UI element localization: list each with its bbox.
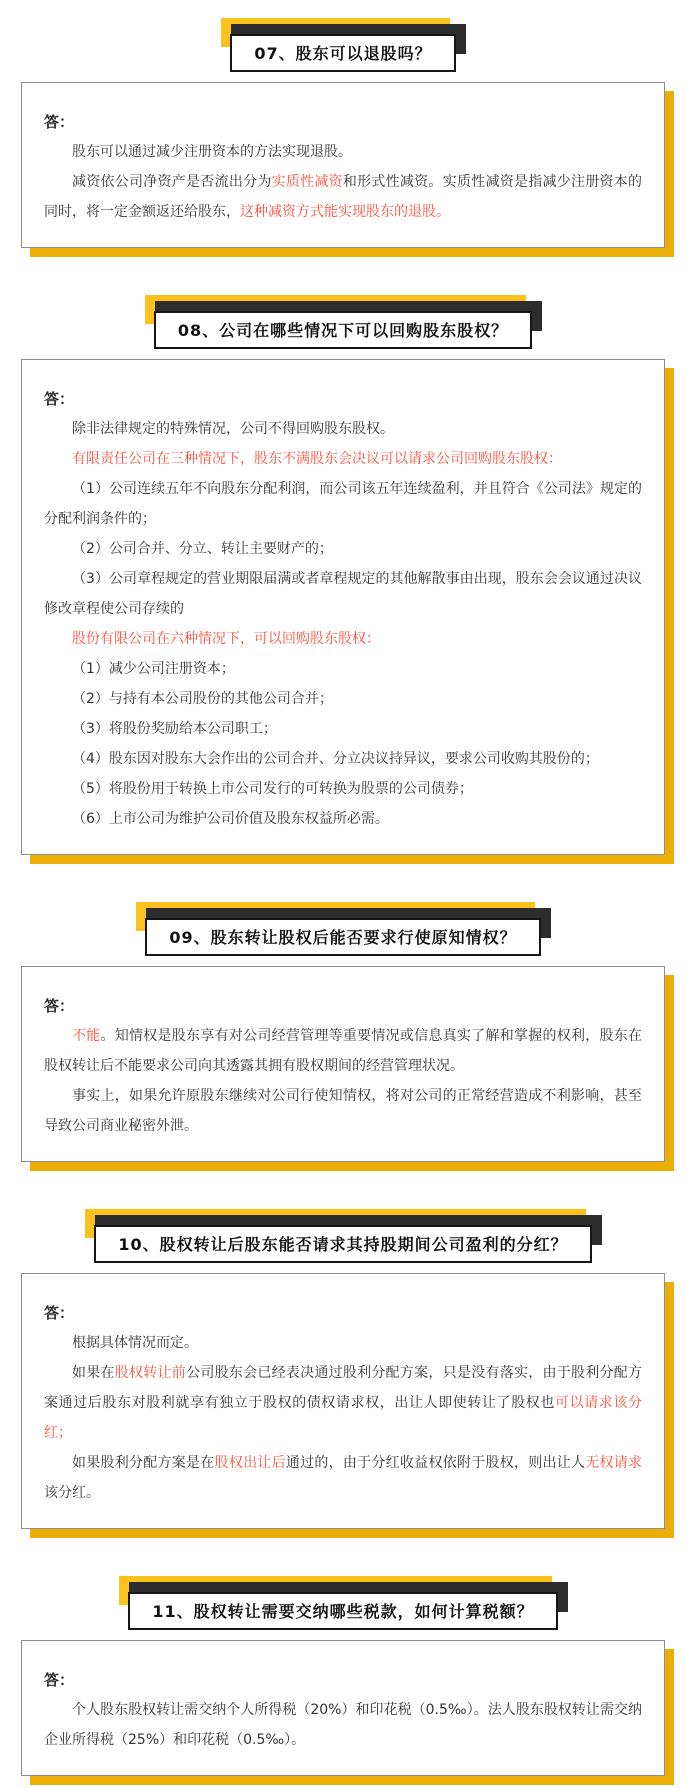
highlighted-red-text: 不能 — [72, 1028, 101, 1044]
highlighted-red-text: 实质性减资 — [272, 174, 343, 190]
text-segment: （3）公司章程规定的营业期限届满或者章程规定的其他解散事由出现，股东会会议通过决… — [44, 571, 642, 617]
answer-body: 不能。知情权是股东享有对公司经营管理等重要情况或信息真实了解和掌握的权利，股东在… — [44, 1021, 642, 1141]
question-title-banner: 10、股权转让后股东能否请求其持股期间公司盈利的分红？ — [94, 1209, 591, 1263]
text-segment: （1）公司连续五年不向股东分配利润，而公司该五年连续盈利，并且符合《公司法》规定… — [44, 481, 642, 527]
answer-card: 答： 根据具体情况而定。如果在股权转让前公司股东会已经表决通过股利分配方案，只是… — [21, 1273, 665, 1529]
question-title: 07、股东可以退股吗？ — [230, 34, 455, 72]
answer-paragraph: （3）公司章程规定的营业期限届满或者章程规定的其他解散事由出现，股东会会议通过决… — [44, 564, 642, 624]
question-title-banner: 07、股东可以退股吗？ — [230, 18, 455, 72]
text-segment: （1）减少公司注册资本； — [72, 661, 235, 677]
answer-body: 除非法律规定的特殊情况，公司不得回购股东股权。有限责任公司在三种情况下，股东不满… — [44, 414, 642, 834]
text-segment: 除非法律规定的特殊情况，公司不得回购股东股权。 — [72, 421, 394, 437]
question-title: 11、股权转让需要交纳哪些税款，如何计算税额？ — [128, 1592, 557, 1630]
text-segment: 如果股利分配方案是在 — [72, 1455, 215, 1471]
answer-body: 个人股东股权转让需交纳个人所得税（20%）和印花税（0.5‰）。法人股东股权转让… — [44, 1695, 642, 1755]
answer-paragraph: （1）减少公司注册资本； — [44, 654, 642, 684]
qa-section: 07、股东可以退股吗？ 答： 股东可以通过减少注册资本的方法实现退股。减资依公司… — [0, 18, 686, 248]
answer-body: 根据具体情况而定。如果在股权转让前公司股东会已经表决通过股利分配方案，只是没有落… — [44, 1328, 642, 1508]
text-segment: （4）股东因对股东大会作出的公司合并、分立决议持异议，要求公司收购其股份的； — [72, 751, 599, 767]
question-title-banner: 09、股东转让股权后能否要求行使原知情权？ — [145, 902, 540, 956]
question-title-wrap: 10、股权转让后股东能否请求其持股期间公司盈利的分红？ — [0, 1209, 686, 1263]
answer-paragraph: 个人股东股权转让需交纳个人所得税（20%）和印花税（0.5‰）。法人股东股权转让… — [44, 1695, 642, 1755]
text-segment: 通过的，由于分红收益权依附于股权，则出让人 — [286, 1455, 585, 1471]
answer-paragraph: 除非法律规定的特殊情况，公司不得回购股东股权。 — [44, 414, 642, 444]
answer-card: 答： 个人股东股权转让需交纳个人所得税（20%）和印花税（0.5‰）。法人股东股… — [21, 1640, 665, 1776]
text-segment: 根据具体情况而定。 — [72, 1335, 198, 1351]
answer-paragraph: 不能。知情权是股东享有对公司经营管理等重要情况或信息真实了解和掌握的权利，股东在… — [44, 1021, 642, 1081]
question-title: 08、公司在哪些情况下可以回购股东股权？ — [154, 311, 532, 349]
text-segment: 事实上，如果允许原股东继续对公司行使知情权，将对公司的正常经营造成不利影响，甚至… — [44, 1088, 642, 1134]
answer-paragraph: 如果在股权转让前公司股东会已经表决通过股利分配方案，只是没有落实，由于股利分配方… — [44, 1358, 642, 1448]
question-title-banner: 11、股权转让需要交纳哪些税款，如何计算税额？ — [128, 1576, 557, 1630]
answer-label: 答： — [44, 1298, 642, 1328]
answer-label: 答： — [44, 384, 642, 414]
text-segment: （2）公司合并、分立、转让主要财产的； — [72, 541, 333, 557]
question-title-banner: 08、公司在哪些情况下可以回购股东股权？ — [154, 295, 532, 349]
answer-paragraph: （4）股东因对股东大会作出的公司合并、分立决议持异议，要求公司收购其股份的； — [44, 744, 642, 774]
highlighted-red-text: 股权出让后 — [215, 1455, 286, 1471]
answer-body: 股东可以通过减少注册资本的方法实现退股。减资依公司净资产是否流出分为实质性减资和… — [44, 137, 642, 227]
qa-section: 08、公司在哪些情况下可以回购股东股权？ 答： 除非法律规定的特殊情况，公司不得… — [0, 295, 686, 855]
answer-label: 答： — [44, 1665, 642, 1695]
text-segment: （2）与持有本公司股份的其他公司合并； — [72, 691, 333, 707]
highlighted-red-text: 股份有限公司在六种情况下，可以回购股东股权： — [72, 631, 380, 647]
qa-section: 11、股权转让需要交纳哪些税款，如何计算税额？ 答： 个人股东股权转让需交纳个人… — [0, 1576, 686, 1776]
answer-card: 答： 除非法律规定的特殊情况，公司不得回购股东股权。有限责任公司在三种情况下，股… — [21, 359, 665, 855]
answer-paragraph: 股东可以通过减少注册资本的方法实现退股。 — [44, 137, 642, 167]
answer-paragraph: 根据具体情况而定。 — [44, 1328, 642, 1358]
text-segment: （6）上市公司为维护公司价值及股东权益所必需。 — [72, 811, 389, 827]
answer-paragraph: 减资依公司净资产是否流出分为实质性减资和形式性减资。实质性减资是指减少注册资本的… — [44, 167, 642, 227]
question-title-wrap: 08、公司在哪些情况下可以回购股东股权？ — [0, 295, 686, 349]
answer-paragraph: （3）将股份奖励给本公司职工； — [44, 714, 642, 744]
answer-paragraph: （1）公司连续五年不向股东分配利润，而公司该五年连续盈利，并且符合《公司法》规定… — [44, 474, 642, 534]
answer-paragraph: 股份有限公司在六种情况下，可以回购股东股权： — [44, 624, 642, 654]
text-segment: 减资依公司净资产是否流出分为 — [72, 174, 272, 190]
question-title-wrap: 07、股东可以退股吗？ — [0, 18, 686, 72]
answer-paragraph: 如果股利分配方案是在股权出让后通过的，由于分红收益权依附于股权，则出让人无权请求… — [44, 1448, 642, 1508]
text-segment: 股东可以通过减少注册资本的方法实现退股。 — [72, 144, 352, 160]
highlighted-red-text: 股权转让前 — [115, 1365, 186, 1381]
answer-paragraph: 有限责任公司在三种情况下，股东不满股东会决议可以请求公司回购股东股权： — [44, 444, 642, 474]
text-segment: （5）将股份用于转换上市公司发行的可转换为股票的公司债券； — [72, 781, 473, 797]
answer-paragraph: （5）将股份用于转换上市公司发行的可转换为股票的公司债券； — [44, 774, 642, 804]
text-segment: 如果在 — [72, 1365, 115, 1381]
article: 07、股东可以退股吗？ 答： 股东可以通过减少注册资本的方法实现退股。减资依公司… — [0, 18, 686, 1776]
answer-paragraph: 事实上，如果允许原股东继续对公司行使知情权，将对公司的正常经营造成不利影响，甚至… — [44, 1081, 642, 1141]
question-title: 10、股权转让后股东能否请求其持股期间公司盈利的分红？ — [94, 1225, 591, 1263]
answer-paragraph: （6）上市公司为维护公司价值及股东权益所必需。 — [44, 804, 642, 834]
text-segment: 该分红。 — [44, 1485, 100, 1501]
text-segment: 。知情权是股东享有对公司经营管理等重要情况或信息真实了解和掌握的权利，股东在股权… — [44, 1028, 642, 1074]
answer-paragraph: （2）与持有本公司股份的其他公司合并； — [44, 684, 642, 714]
answer-card: 答： 股东可以通过减少注册资本的方法实现退股。减资依公司净资产是否流出分为实质性… — [21, 82, 665, 248]
highlighted-red-text: 这种减资方式能实现股东的退股。 — [240, 204, 450, 220]
question-title: 09、股东转让股权后能否要求行使原知情权？ — [145, 918, 540, 956]
highlighted-red-text: 无权请求 — [585, 1455, 642, 1471]
text-segment: （3）将股份奖励给本公司职工； — [72, 721, 277, 737]
qa-section: 10、股权转让后股东能否请求其持股期间公司盈利的分红？ 答： 根据具体情况而定。… — [0, 1209, 686, 1529]
answer-label: 答： — [44, 991, 642, 1021]
answer-paragraph: （2）公司合并、分立、转让主要财产的； — [44, 534, 642, 564]
question-title-wrap: 11、股权转让需要交纳哪些税款，如何计算税额？ — [0, 1576, 686, 1630]
qa-section: 09、股东转让股权后能否要求行使原知情权？ 答： 不能。知情权是股东享有对公司经… — [0, 902, 686, 1162]
answer-label: 答： — [44, 107, 642, 137]
question-title-wrap: 09、股东转让股权后能否要求行使原知情权？ — [0, 902, 686, 956]
answer-card: 答： 不能。知情权是股东享有对公司经营管理等重要情况或信息真实了解和掌握的权利，… — [21, 966, 665, 1162]
highlighted-red-text: 有限责任公司在三种情况下，股东不满股东会决议可以请求公司回购股东股权： — [72, 451, 562, 467]
text-segment: 个人股东股权转让需交纳个人所得税（20%）和印花税（0.5‰）。法人股东股权转让… — [44, 1702, 642, 1748]
